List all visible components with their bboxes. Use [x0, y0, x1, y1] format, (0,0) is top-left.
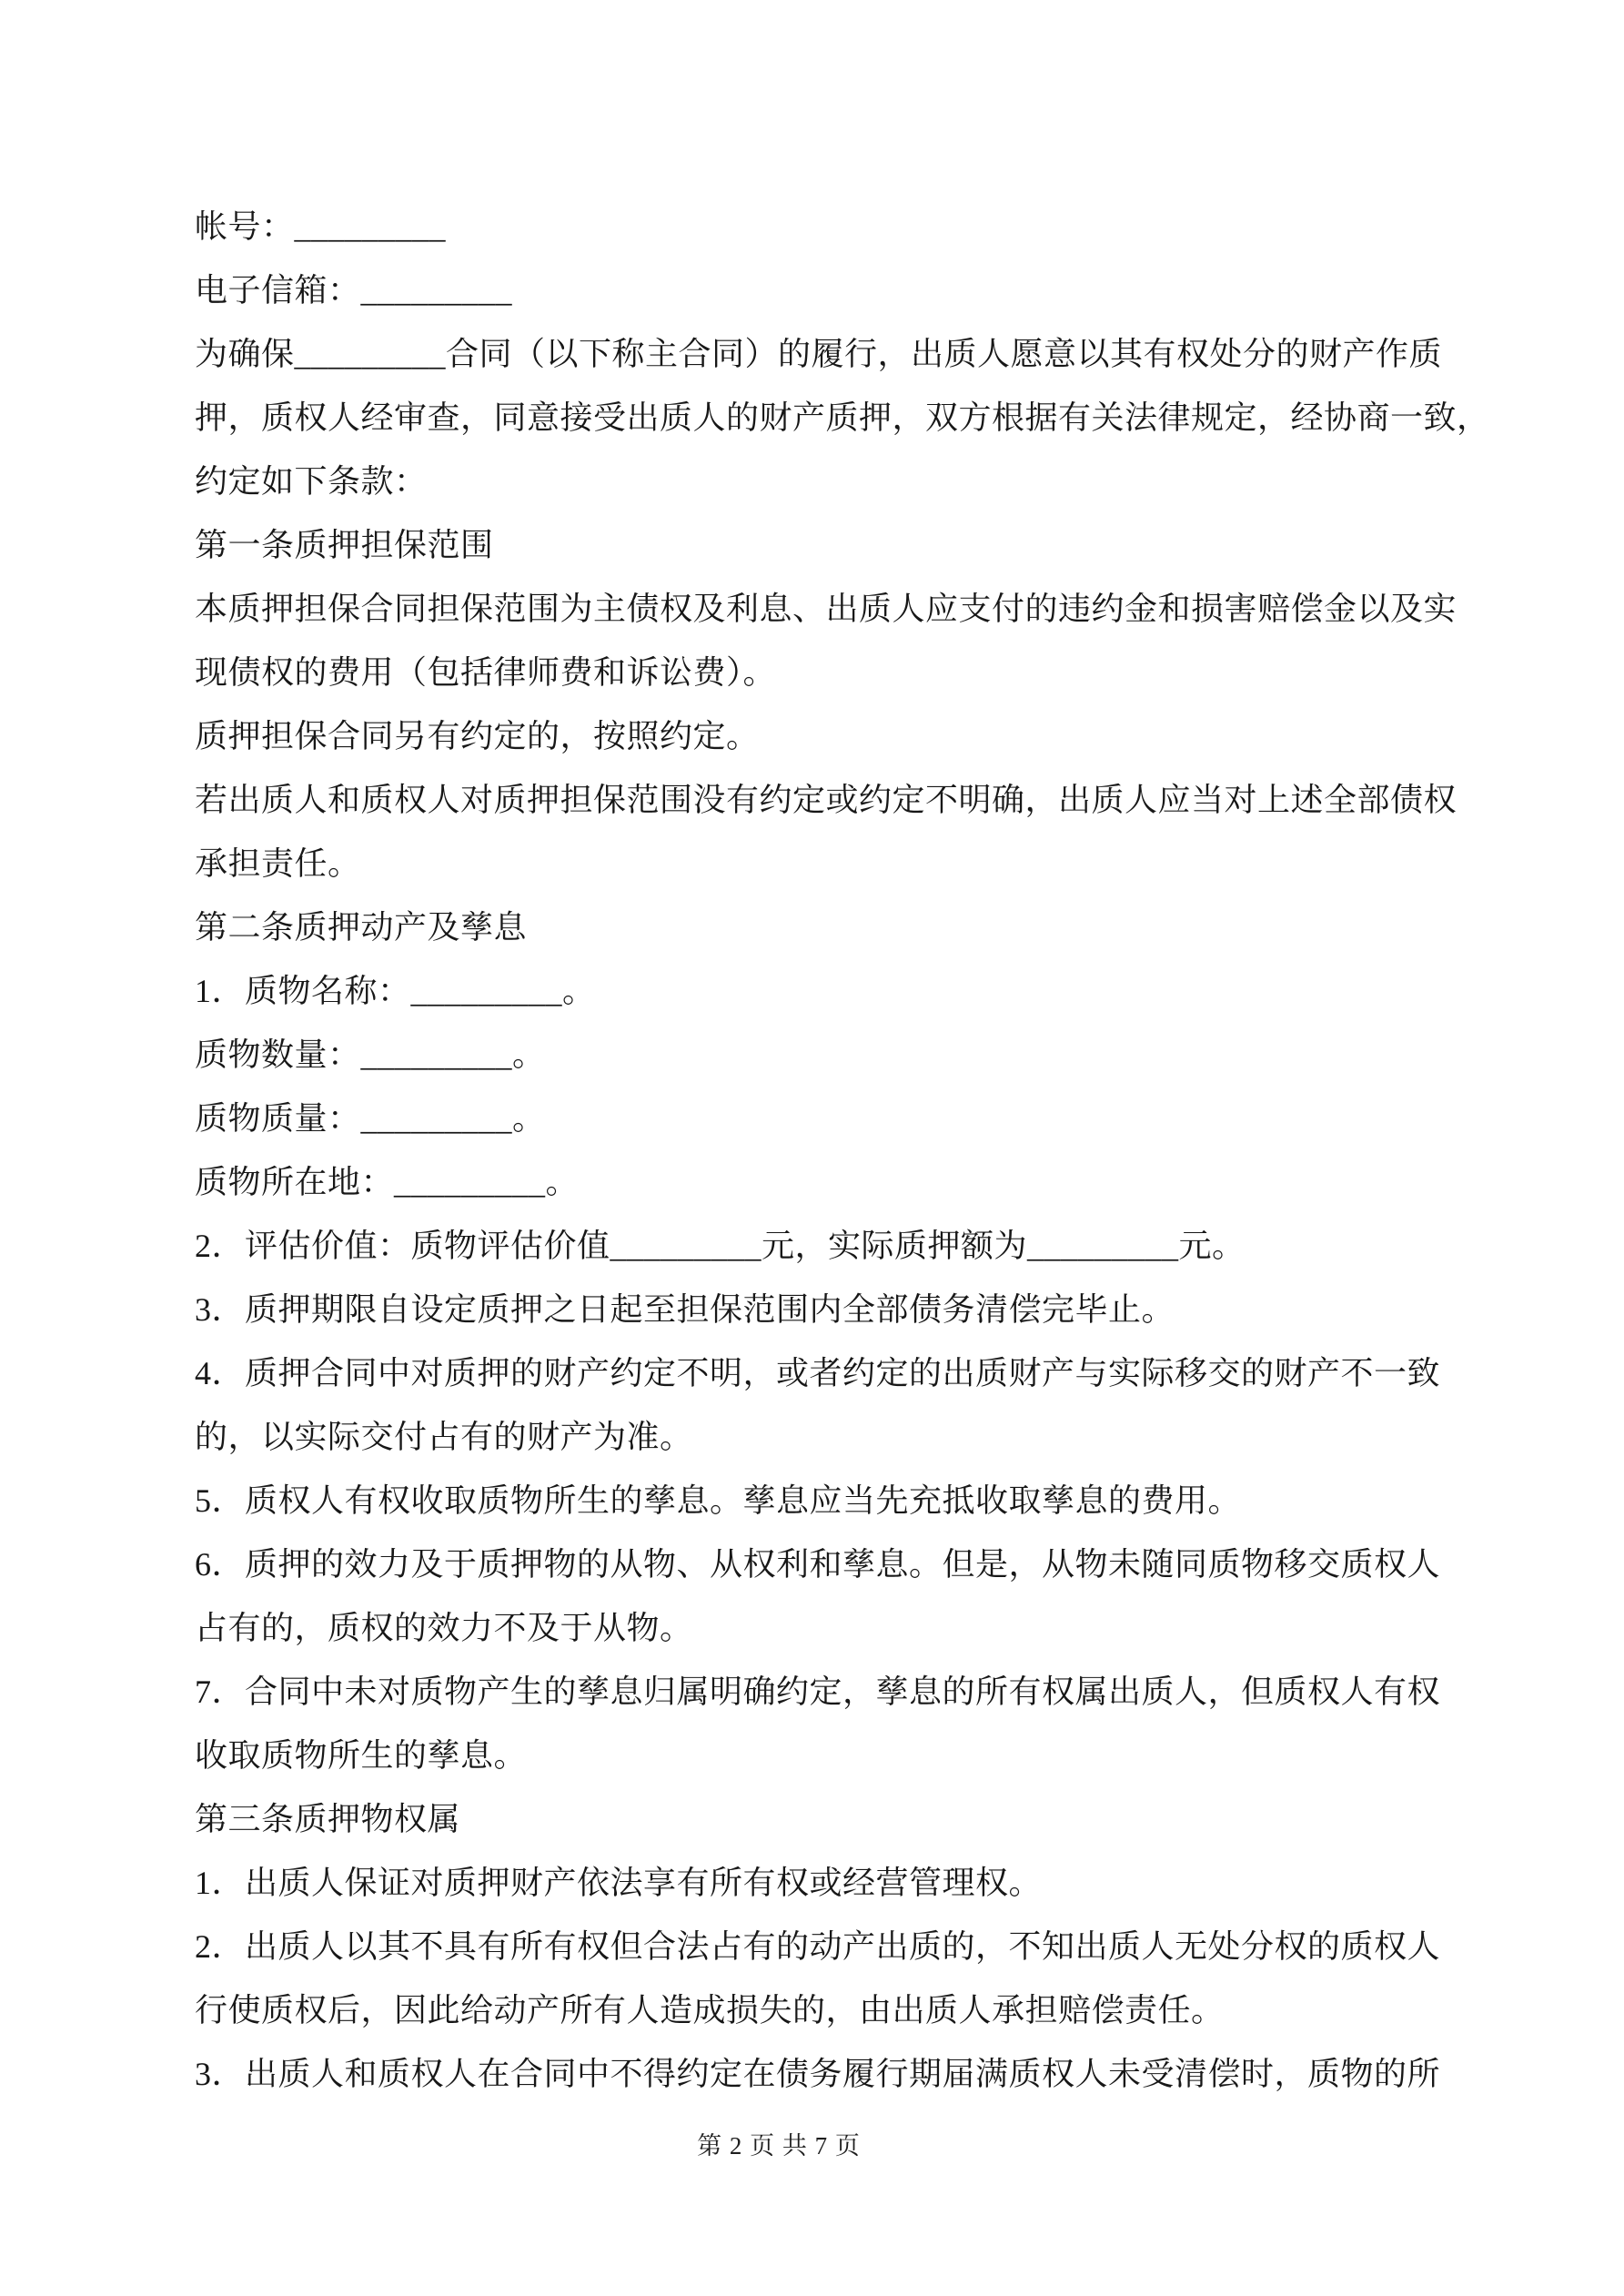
- text-line: 占有的，质权的效力不及于从物。: [195, 1596, 1487, 1660]
- text-line: 2．评估价值：质物评估价值_________元，实际质押额为_________元…: [195, 1214, 1487, 1278]
- text-line: 本质押担保合同担保范围为主债权及利息、出质人应支付的违约金和损害赔偿金以及实: [195, 577, 1487, 641]
- text-line: 若出质人和质权人对质押担保范围没有约定或约定不明确，出质人应当对上述全部债权: [195, 768, 1487, 832]
- text-line: 1．出质人保证对质押财产依法享有所有权或经营管理权。: [195, 1851, 1487, 1915]
- text-line: 2．出质人以其不具有所有权但合法占有的动产出质的，不知出质人无处分权的质权人: [195, 1915, 1487, 1978]
- text-line: 5．质权人有权收取质物所生的孳息。孳息应当先充抵收取孳息的费用。: [195, 1469, 1487, 1532]
- text-line: 3．出质人和质权人在合同中不得约定在债务履行期届满质权人未受清偿时，质物的所: [195, 2042, 1487, 2106]
- text-line: 质物数量：_________。: [195, 1023, 1487, 1087]
- contract-text-block: 帐号：_________电子信箱：_________为确保_________合同…: [195, 195, 1487, 2106]
- text-line: 现债权的费用（包括律师费和诉讼费）。: [195, 641, 1487, 704]
- text-line: 质押担保合同另有约定的，按照约定。: [195, 704, 1487, 768]
- text-line: 承担责任。: [195, 832, 1487, 895]
- text-line: 第二条质押动产及孳息: [195, 895, 1487, 959]
- text-line: 行使质权后，因此给动产所有人造成损失的，由出质人承担赔偿责任。: [195, 1978, 1487, 2042]
- text-line: 6．质押的效力及于质押物的从物、从权利和孳息。但是，从物未随同质物移交质权人: [195, 1532, 1487, 1596]
- text-line: 收取质物所生的孳息。: [195, 1724, 1487, 1787]
- page-footer: 第 2 页 共 7 页: [0, 2126, 1558, 2161]
- text-line: 质物所在地：_________。: [195, 1150, 1487, 1214]
- text-line: 帐号：_________: [195, 195, 1487, 258]
- text-line: 约定如下条款：: [195, 450, 1487, 513]
- text-line: 4．质押合同中对质押的财产约定不明，或者约定的出质财产与实际移交的财产不一致: [195, 1341, 1487, 1405]
- text-line: 押，质权人经审查，同意接受出质人的财产质押，双方根据有关法律规定，经协商一致，: [195, 386, 1487, 450]
- text-line: 为确保_________合同（以下称主合同）的履行，出质人愿意以其有权处分的财产…: [195, 322, 1487, 386]
- text-line: 电子信箱：_________: [195, 258, 1487, 322]
- text-line: 7．合同中未对质物产生的孳息归属明确约定，孳息的所有权属出质人，但质权人有权: [195, 1660, 1487, 1724]
- text-line: 1．质物名称：_________。: [195, 959, 1487, 1023]
- text-line: 第三条质押物权属: [195, 1787, 1487, 1851]
- text-line: 的，以实际交付占有的财产为准。: [195, 1405, 1487, 1469]
- text-line: 第一条质押担保范围: [195, 513, 1487, 577]
- contract-document-page: { "document": { "lines": [ { "type": "fi…: [0, 0, 1624, 2296]
- text-line: 质物质量：_________。: [195, 1087, 1487, 1150]
- text-line: 3．质押期限自设定质押之日起至担保范围内全部债务清偿完毕止。: [195, 1278, 1487, 1341]
